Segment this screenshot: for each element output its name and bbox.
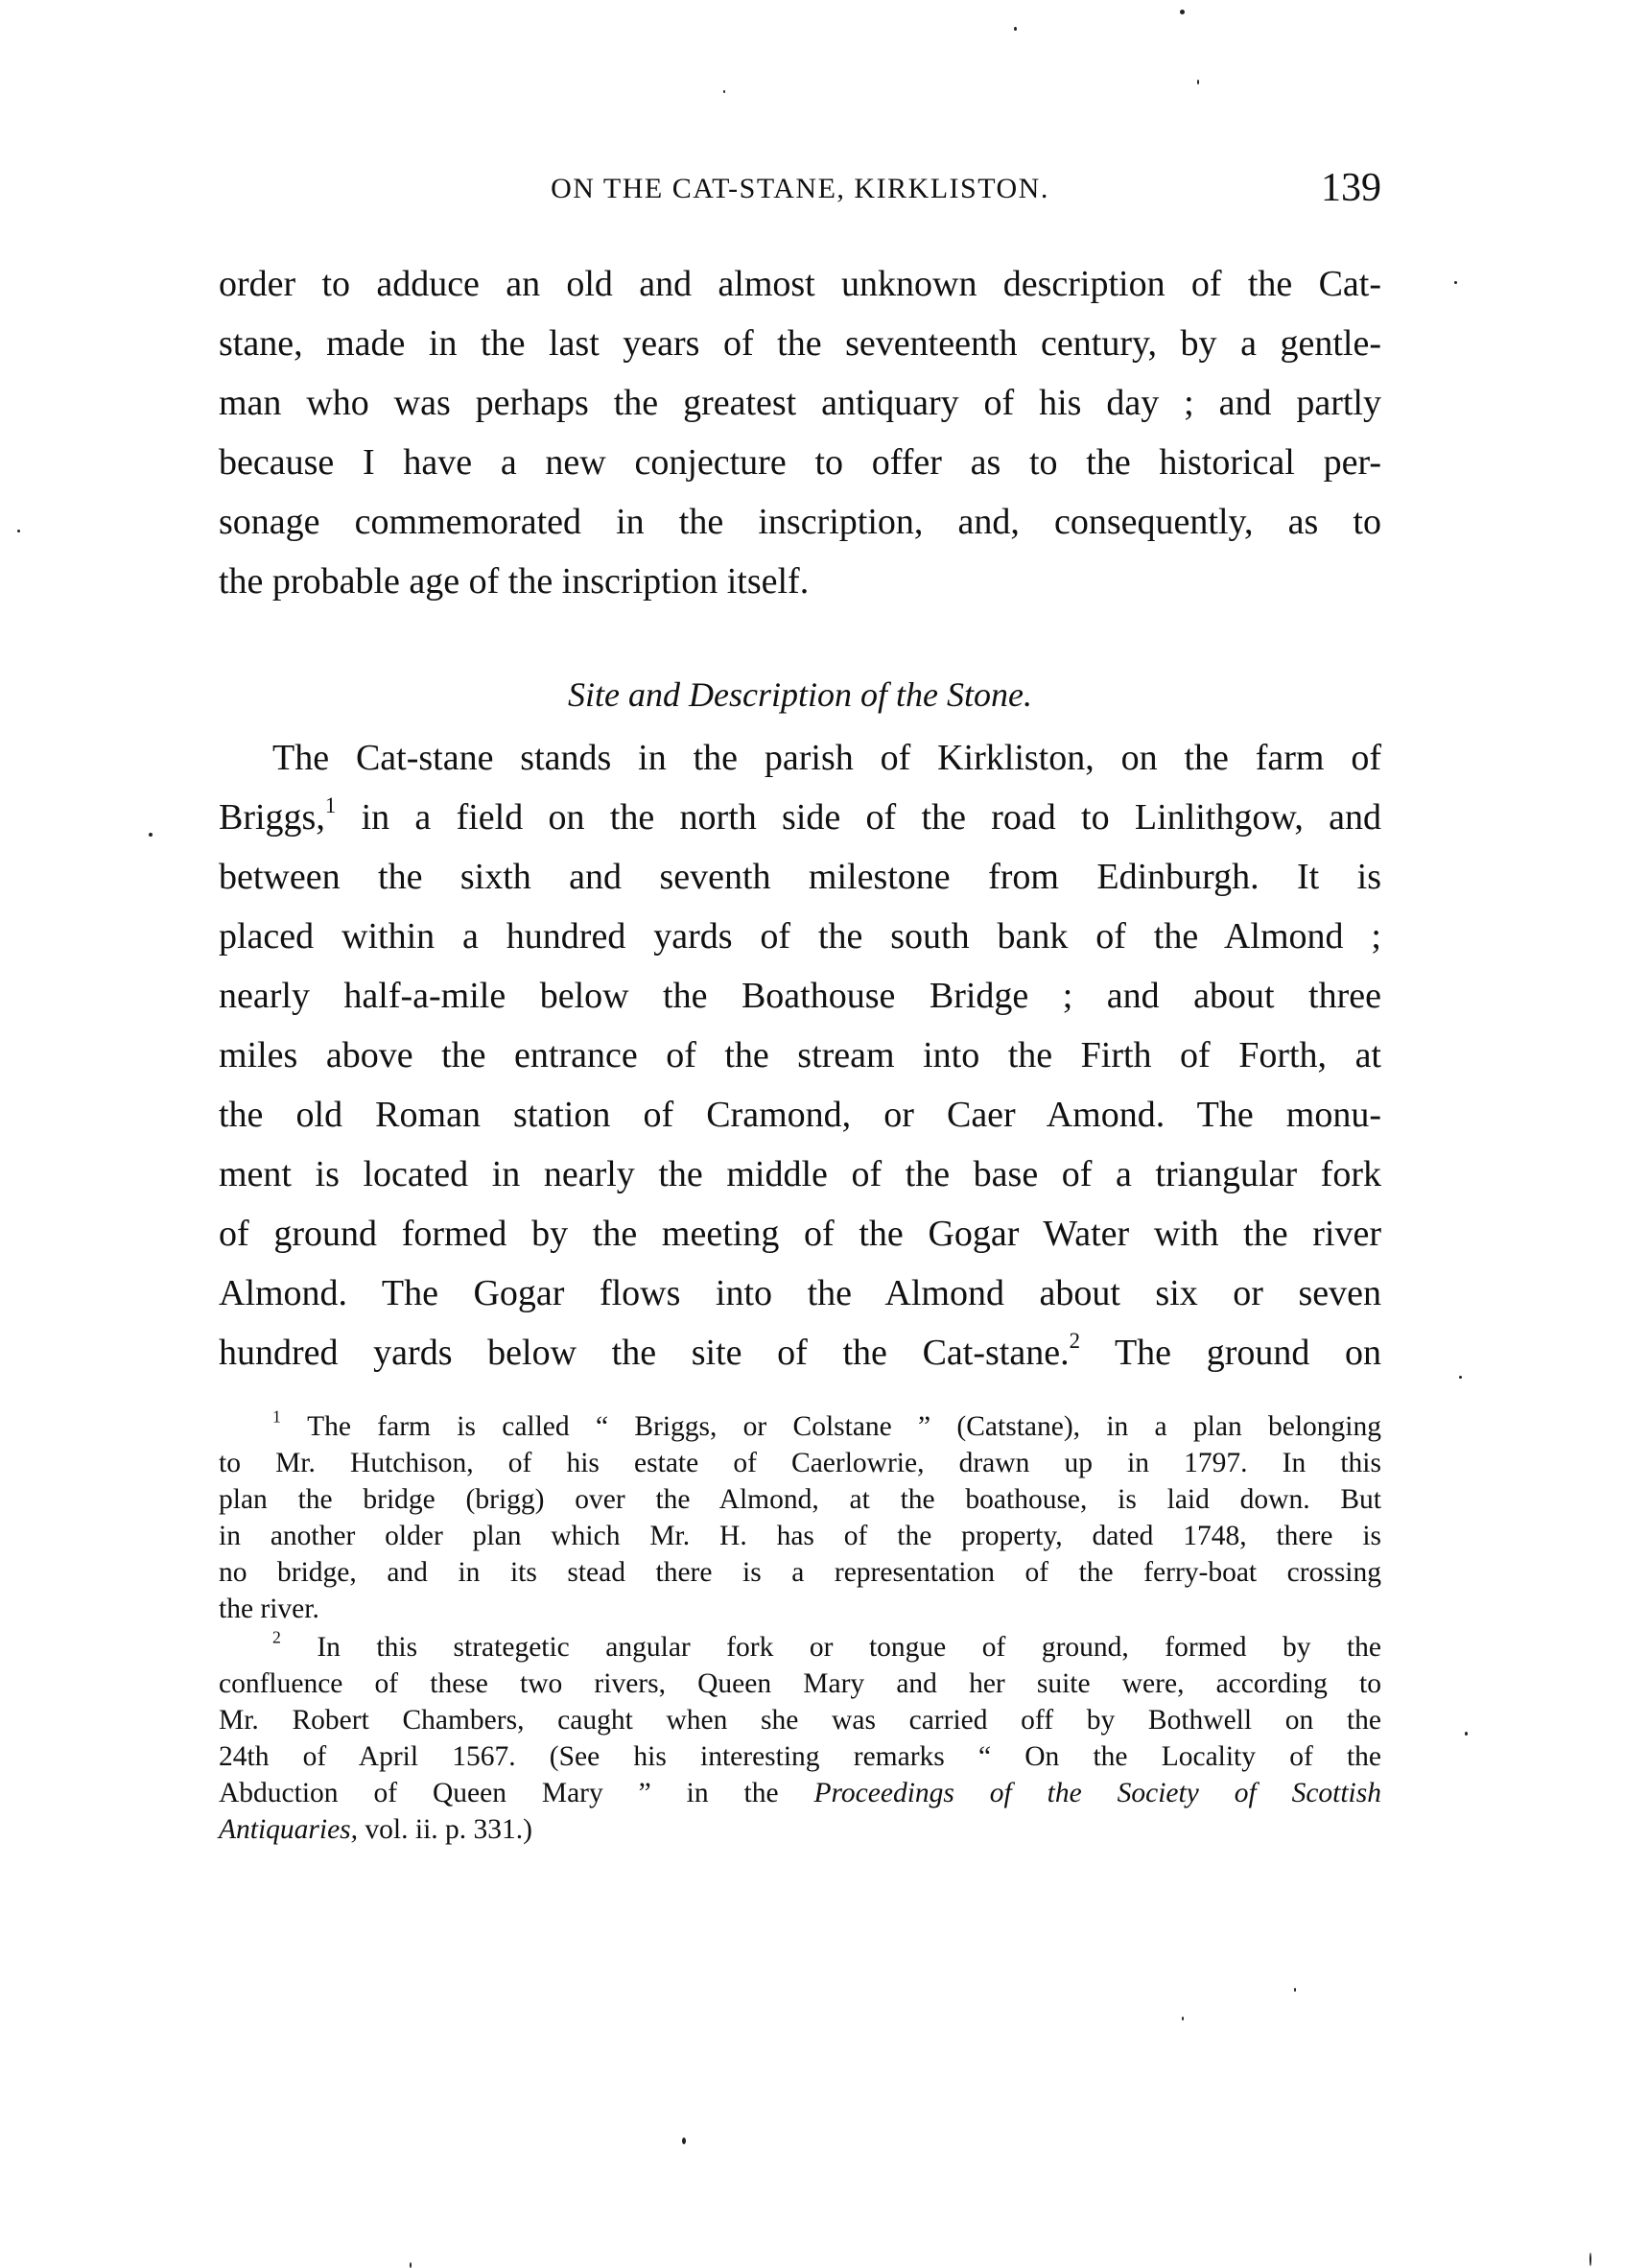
scan-speck	[410, 2262, 412, 2268]
text-line: because I have a new conjecture to offer…	[219, 433, 1381, 492]
text-span: between the sixth and seventh milestone …	[219, 857, 1381, 897]
scan-speck	[723, 90, 725, 93]
running-head: ON THE CAT-STANE, KIRKLISTON. 139	[219, 165, 1381, 213]
text-line: the old Roman station of Cramond, or Cae…	[219, 1085, 1381, 1145]
text-line: hundred yards below the site of the Cat-…	[219, 1323, 1381, 1382]
scan-speck	[1180, 10, 1185, 14]
footnote-marker: 1	[272, 1407, 281, 1427]
text-span: vol. ii. p. 331.)	[358, 1814, 532, 1845]
text-span: nearly half-a-mile below the Boathouse B…	[219, 976, 1381, 1016]
text-line: Briggs,1 in a field on the north side of…	[219, 788, 1381, 847]
text-span: the old Roman station of Cramond, or Cae…	[219, 1095, 1381, 1135]
footnote-marker: 2	[272, 1628, 281, 1647]
running-title: ON THE CAT-STANE, KIRKLISTON.	[219, 173, 1381, 205]
text-line: stane, made in the last years of the sev…	[219, 314, 1381, 373]
text-span: confluence of these two rivers, Queen Ma…	[219, 1668, 1381, 1699]
text-span: no bridge, and in its stead there is a r…	[219, 1557, 1381, 1588]
footnote-ref-2[interactable]: 2	[1070, 1329, 1080, 1353]
text-span: In this strategetic angular fork or tong…	[317, 1632, 1381, 1663]
text-span: Abduction of Queen Mary ” in the	[219, 1778, 814, 1808]
scan-speck	[1294, 1988, 1296, 1992]
book-page: ON THE CAT-STANE, KIRKLISTON. 139 order …	[0, 0, 1648, 2268]
text-line: man who was perhaps the greatest antiqua…	[219, 373, 1381, 433]
text-line: placed within a hundred yards of the sou…	[219, 907, 1381, 966]
text-line: sonage commemorated in the inscription, …	[219, 492, 1381, 552]
text-line: between the sixth and seventh milestone …	[219, 847, 1381, 907]
footnote-ref-1[interactable]: 1	[325, 793, 336, 817]
text-span: placed within a hundred yards of the sou…	[219, 916, 1381, 957]
text-span: in a field on the north side of the road…	[336, 797, 1381, 838]
scan-speck	[1454, 281, 1457, 284]
journal-title: Proceedings of the Society of Scottish	[814, 1778, 1381, 1808]
text-line: The Cat-stane stands in the parish of Ki…	[219, 728, 1381, 788]
scan-speck	[149, 833, 153, 837]
scan-speck	[1182, 2017, 1184, 2020]
text-span: in another older plan which Mr. H. has o…	[219, 1521, 1381, 1551]
footnote-2-line: confluence of these two rivers, Queen Ma…	[219, 1666, 1381, 1702]
footnote-2-line: 2 In this strategetic angular fork or to…	[219, 1629, 1381, 1666]
text-line: miles above the entrance of the stream i…	[219, 1026, 1381, 1085]
text-span: The farm is called “ Briggs, or Colstane…	[307, 1411, 1381, 1442]
footnote-1-line: no bridge, and in its stead there is a r…	[219, 1554, 1381, 1591]
scan-speck	[1459, 1376, 1462, 1379]
text-span: the river.	[219, 1594, 319, 1624]
text-span: to Mr. Hutchison, of his estate of Caerl…	[219, 1448, 1381, 1478]
footnote-2-line: Abduction of Queen Mary ” in the Proceed…	[219, 1775, 1381, 1811]
footnote-1-line: the river.	[219, 1591, 1381, 1627]
scan-speck	[1197, 80, 1199, 84]
footnote-2-line: Mr. Robert Chambers, caught when she was…	[219, 1702, 1381, 1738]
text-span: miles above the entrance of the stream i…	[219, 1035, 1381, 1075]
text-span: ment is located in nearly the middle of …	[219, 1154, 1381, 1194]
footnote-2-line: 24th of April 1567. (See his interesting…	[219, 1738, 1381, 1775]
footnote-2-line: Antiquaries, vol. ii. p. 331.)	[219, 1811, 1381, 1848]
scan-speck	[1014, 27, 1017, 31]
text-line: of ground formed by the meeting of the G…	[219, 1204, 1381, 1264]
text-line: nearly half-a-mile below the Boathouse B…	[219, 966, 1381, 1026]
text-span: 24th of April 1567. (See his interesting…	[219, 1741, 1381, 1772]
text-span: hundred yards below the site of the Cat-…	[219, 1333, 1070, 1373]
text-span: plan the bridge (brigg) over the Almond,…	[219, 1484, 1381, 1515]
footnote-1-line: 1 The farm is called “ Briggs, or Colsta…	[219, 1408, 1381, 1445]
text-line: order to adduce an old and almost unknow…	[219, 254, 1381, 314]
text-line: Almond. The Gogar flows into the Almond …	[219, 1264, 1381, 1323]
section-heading: Site and Description of the Stone.	[219, 665, 1381, 724]
scan-speck	[1465, 1732, 1468, 1736]
page-number: 139	[1321, 165, 1381, 211]
footnote-1-line: plan the bridge (brigg) over the Almond,…	[219, 1481, 1381, 1518]
text-line: ment is located in nearly the middle of …	[219, 1145, 1381, 1204]
text-span: of ground formed by the meeting of the G…	[219, 1214, 1381, 1254]
scan-speck	[17, 530, 20, 532]
journal-title: Antiquaries,	[219, 1814, 358, 1845]
footnote-1-line: in another older plan which Mr. H. has o…	[219, 1518, 1381, 1554]
scan-speck	[682, 2138, 686, 2144]
text-span: The Cat-stane stands in the parish of Ki…	[272, 738, 1381, 778]
scan-speck	[1589, 2253, 1591, 2266]
text-line: the probable age of the inscription itse…	[219, 552, 1381, 611]
text-span: Briggs,	[219, 797, 325, 838]
footnote-1-line: to Mr. Hutchison, of his estate of Caerl…	[219, 1445, 1381, 1481]
text-span: Almond. The Gogar flows into the Almond …	[219, 1273, 1381, 1313]
text-span: The ground on	[1080, 1333, 1381, 1373]
text-span: Mr. Robert Chambers, caught when she was…	[219, 1705, 1381, 1736]
